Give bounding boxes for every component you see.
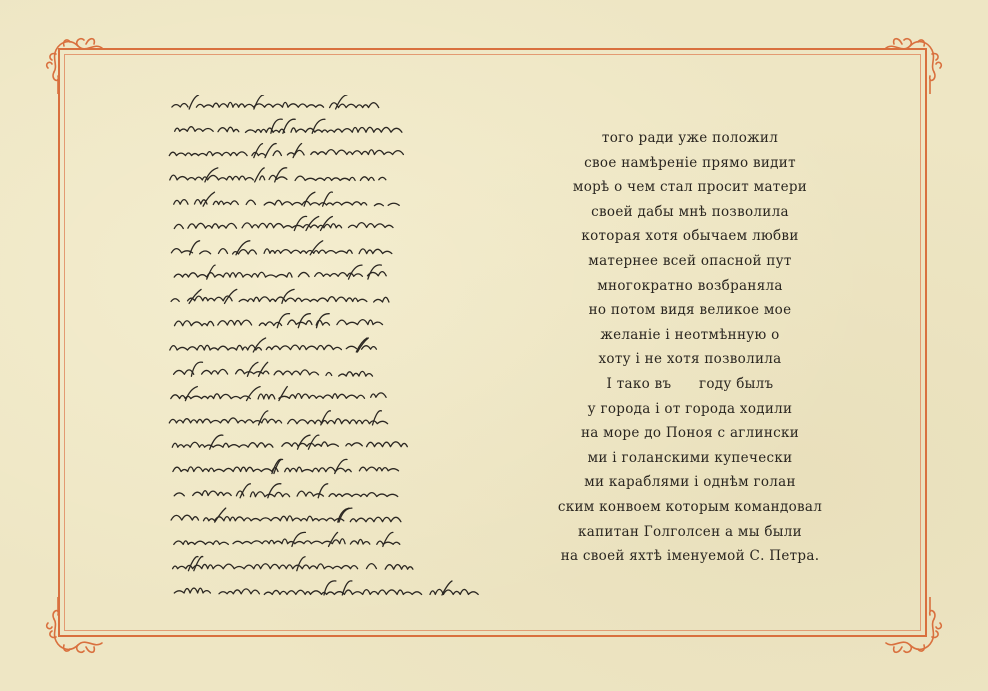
corner-flourish-icon bbox=[34, 24, 104, 94]
text-line: у города і от города ходили bbox=[520, 397, 860, 422]
text-line: желаніе і неотмѣнную о bbox=[520, 323, 860, 348]
text-line: ми караблями і однѣм голан bbox=[520, 470, 860, 495]
text-line: на море до Поноя с аглински bbox=[520, 421, 860, 446]
text-line: ским конвоем которым командовал bbox=[520, 495, 860, 520]
text-line: морѣ о чем стал просит матери bbox=[520, 175, 860, 200]
text-line: на своей яхтѣ іменуемой С. Петра. bbox=[520, 544, 860, 569]
text-line: многократно возбраняла bbox=[520, 274, 860, 299]
text-line: капитан Голголсен а мы были bbox=[520, 520, 860, 545]
corner-flourish-icon bbox=[34, 597, 104, 667]
text-line: того ради уже положил bbox=[520, 126, 860, 151]
text-line: которая хотя обычаем любви bbox=[520, 224, 860, 249]
text-line: но потом видя великое мое bbox=[520, 298, 860, 323]
text-line: І тако въ году былъ bbox=[520, 372, 860, 397]
corner-flourish-icon bbox=[884, 597, 954, 667]
text-line: хоту і не хотя позволила bbox=[520, 347, 860, 372]
corner-flourish-icon bbox=[884, 24, 954, 94]
text-line: свое намѣреніе прямо видит bbox=[520, 151, 860, 176]
text-line: матернее всей опасной пут bbox=[520, 249, 860, 274]
text-line: ми і голанскими купечески bbox=[520, 446, 860, 471]
text-line: своей дабы мнѣ позволила bbox=[520, 200, 860, 225]
printed-transcription: того ради уже положил свое намѣреніе пря… bbox=[520, 126, 860, 569]
handwritten-manuscript bbox=[165, 95, 485, 615]
